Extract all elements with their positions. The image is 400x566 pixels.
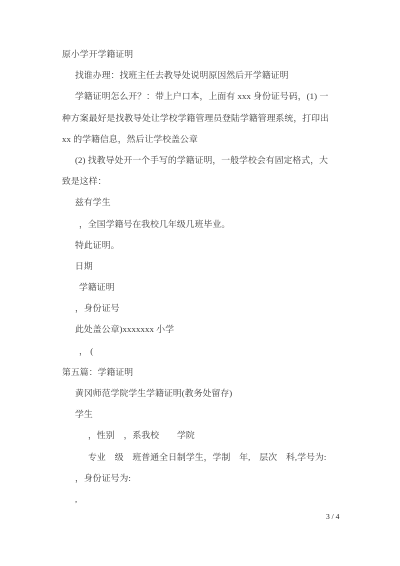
doc-line: 特此证明。 [62, 235, 354, 256]
doc-line: 找谁办理：找班主任去教导处说明原因然后开学籍证明 [62, 65, 354, 86]
doc-line: 种方案最好是找教导处让学校学籍管理员登陆学籍管理系统，打印出 [62, 108, 354, 129]
doc-line: ，身份证号为: [62, 468, 354, 489]
doc-line: 黄冈师范学院学生学籍证明(教务处留存) [62, 383, 354, 404]
doc-line: 第五篇：学籍证明 [62, 362, 354, 383]
doc-line: 学籍证明怎么开？：带上户口本，上面有 xxx 身份证号码，(1) 一 [62, 86, 354, 107]
doc-line: 致是这样： [62, 171, 354, 192]
document-page: 原小学开学籍证明 找谁办理：找班主任去教导处说明原因然后开学籍证明 学籍证明怎么… [0, 0, 400, 566]
doc-line: 专业 级 班普通全日制学生，学制 年, 层次 科,学号为: [62, 447, 354, 468]
doc-line: xx 的学籍信息，然后让学校盖公章 [62, 129, 354, 150]
doc-line: 日期 [62, 256, 354, 277]
doc-line: ，全国学籍号在我校几年级几班毕业。 [62, 214, 354, 235]
document-body: 原小学开学籍证明 找谁办理：找班主任去教导处说明原因然后开学籍证明 学籍证明怎么… [62, 44, 354, 510]
doc-line: 原小学开学籍证明 [62, 44, 354, 65]
doc-line: ，身份证号 [62, 298, 354, 319]
doc-line: , [62, 489, 354, 510]
doc-line: ， ( [62, 341, 354, 362]
doc-line: 学生 [62, 404, 354, 425]
doc-line: (2) 找教导处开一个手写的学籍证明，一般学校会有固定格式，大 [62, 150, 354, 171]
doc-line: 此处盖公章)xxxxxxx 小学 [62, 319, 354, 340]
doc-line: 学籍证明 [62, 277, 354, 298]
page-number: 3 / 4 [326, 512, 339, 522]
doc-line: ，性别 ，系我校 学院 [62, 425, 354, 446]
doc-line: 兹有学生 [62, 192, 354, 213]
